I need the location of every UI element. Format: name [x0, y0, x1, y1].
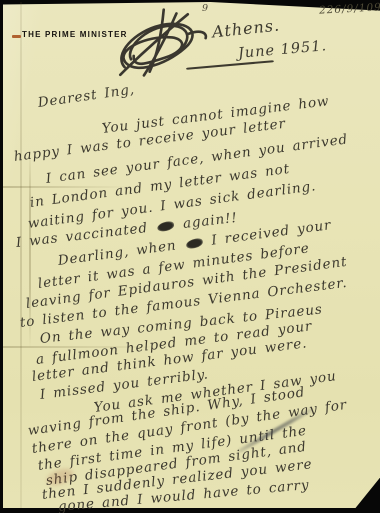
scanned-letter-page: { "page": { "archive_number": "226/9/109… [0, 0, 380, 513]
letter-body: Dearest Ing,You just cannot imagine howh… [0, 0, 380, 513]
line-text: Dearest Ing, [37, 81, 136, 110]
crossed-out-scribble [156, 220, 175, 232]
line-text: again!! [175, 210, 239, 233]
handwritten-line: Dearest Ing, [37, 81, 136, 110]
crossed-out-scribble [185, 237, 204, 250]
